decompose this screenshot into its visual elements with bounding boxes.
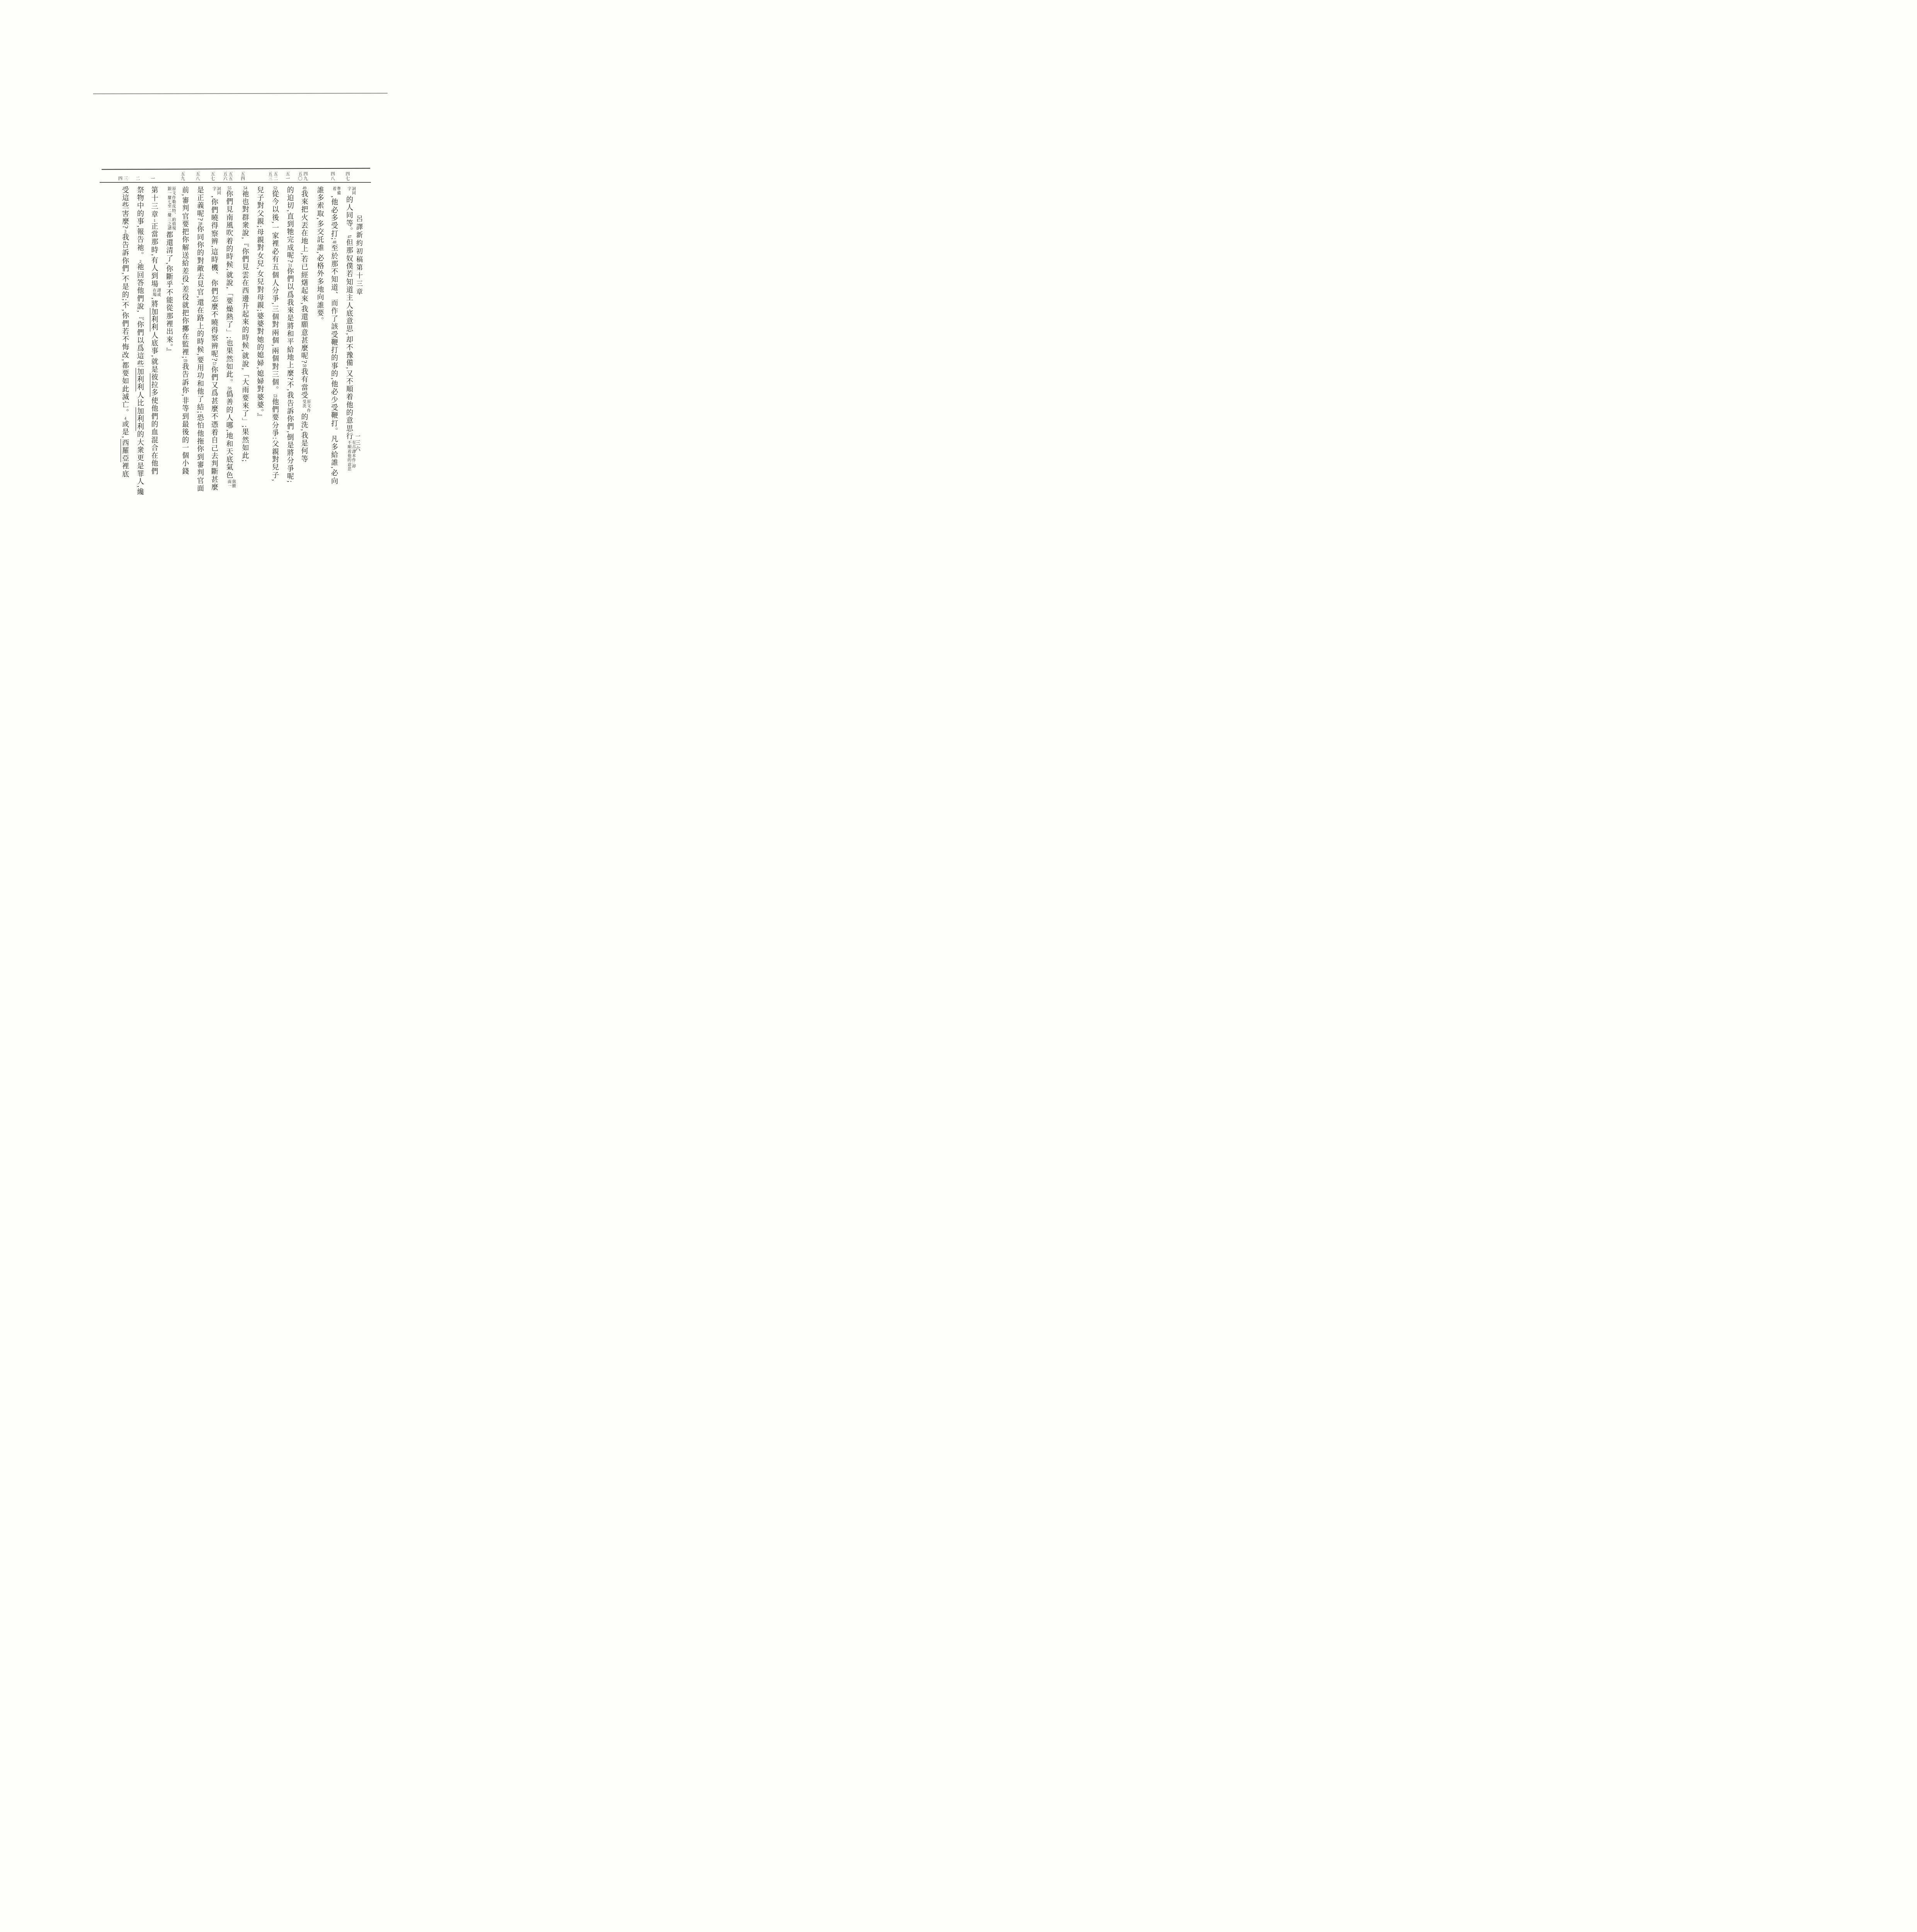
verse-text: 他們要分爭:父親對兒子,: [271, 398, 279, 482]
proper-name: 西羅亞: [121, 439, 129, 463]
margin-verse-number: 五〇: [298, 169, 303, 181]
verse-number: 49: [302, 186, 306, 190]
verse-text: 但那奴僕若知道主人底意思,却不豫備,又不順着他的意思行: [345, 239, 353, 440]
verse-text: 的人同等。: [345, 196, 353, 235]
text-column-11: 是正義呢?58你同你的對敵去見官,還在路上的時候,要用功和他了結;恐怕他拖你到審…: [191, 186, 206, 541]
verse-text: ,你們曉得察辨,這時機、你們怎麼不曉得察辨呢?: [211, 196, 218, 362]
margin-verse-number: 五九: [180, 169, 185, 181]
running-chapter: 第十三章: [355, 264, 362, 296]
verse-text: 我告訴你,非等到最後的一個小錢: [181, 363, 189, 475]
text-column-7: 兒子對父親;母親對女兒,女兒對母親;婆婆對她的媳婦,媳婦對婆婆。』: [250, 186, 265, 541]
verse-text: 都還清了,你斷乎不能從那裡出來。』: [165, 231, 173, 356]
text-block: 詞同字的人同等。47但那奴僕若知道主人底意思,却不豫備,又不順着他的意思行有古譯…: [116, 186, 356, 541]
margin-verse-number-char: 五: [223, 172, 228, 177]
inline-annotation: 原文作勒皮特、約值規銀一釐七至二釐三之譜: [166, 187, 175, 231]
verse-number: 1: [153, 219, 157, 223]
annotation-right-subcolumn: 有古譯本作:却: [351, 440, 356, 469]
verse-number: 57: [213, 362, 217, 366]
margin-verse-number: 五四: [240, 169, 245, 181]
verse-number: 51: [288, 264, 293, 267]
verse-text: 僞善的人哪,地和天底氣色: [226, 390, 233, 479]
annotation-right-subcolumn: 原文作: [306, 400, 311, 413]
annotation-left-subcolumn: 銀一釐七至二釐三之譜: [167, 187, 171, 231]
annotation-right-subcolumn: 與臉: [231, 480, 236, 488]
proper-name: 加利利: [136, 407, 144, 431]
margin-verse-number-char: 四: [304, 172, 308, 177]
text-column-9: 55你們見南風吹着的時候,就說,「要燥熱了」;也果然如此。56僞善的人哪,地和天…: [221, 186, 236, 541]
verse-number: 55: [228, 186, 232, 190]
verse-text: 你們又爲甚麼不憑着自己去判斷甚麼: [211, 366, 218, 492]
verse-text: 你們見南風吹着的時候,就說,「要燥熱了」;也果然如此。: [226, 190, 233, 386]
margin-verse-number-char: 一: [286, 177, 290, 181]
verse-number: 3: [123, 230, 128, 233]
verse-text: 祭物中的事,報告祂。: [136, 186, 144, 260]
verse-text: 人底事,就是: [151, 332, 158, 373]
margin-verse-number-char: 五: [241, 172, 245, 177]
rule-below-verse-numbers: [100, 182, 371, 183]
verse-number: 54: [243, 186, 247, 190]
verse-number: 53: [273, 394, 277, 398]
margin-verse-number: 五七: [210, 169, 215, 181]
verse-text: 正當那時,有人到場: [151, 223, 158, 288]
text-column-8: 54祂也對群衆說,『你們見雲在西邊升起來的時候,就說,「大雨要來了」;果然如此;: [236, 186, 251, 541]
verse-number: 50: [302, 364, 306, 368]
margin-verse-number-char: 二: [136, 177, 140, 181]
verse-number: 2: [138, 260, 143, 264]
text-column-3: 誰多索取,多交託誰,必格外多地向誰要。: [311, 186, 326, 541]
margin-verse-number-char: 九: [181, 177, 185, 181]
verse-text: 使他們的血混合在他們: [151, 397, 158, 475]
inline-annotation: 原文作受洗: [301, 400, 311, 413]
proper-name: 彼拉多: [150, 373, 158, 397]
margin-verse-number-char: 三: [124, 177, 128, 181]
verse-text: 我來把火丟在地上,若已經𤏸起來,我還願意甚麼呢?: [300, 190, 308, 364]
annotation-left-subcolumn: 字: [211, 187, 216, 191]
verse-number: 48: [332, 240, 337, 244]
verse-number: 4: [123, 417, 128, 420]
text-column-5: 的迫切,直到牠完成呢?51你們以爲我來是將和平給地上麼?不,我告訴你們,倒是將分…: [281, 186, 296, 541]
margin-verse-number: 二: [135, 169, 140, 181]
margin-verse-number-char: 五: [268, 172, 272, 177]
text-column-15: 祭物中的事,報告祂。2祂回答他們說,『你們以爲這些加利利人比加利利的大衆更是罪人…: [131, 186, 146, 541]
verse-number: 59: [183, 359, 187, 363]
proper-name: 加利利: [150, 308, 158, 332]
verse-number: 52: [273, 186, 277, 190]
verse-text: 受這些害麼?: [121, 186, 129, 230]
margin-verse-number-char: 八: [196, 177, 200, 181]
inline-annotation: 準備着: [331, 187, 340, 196]
verse-number: 47: [347, 235, 352, 239]
margin-verse-number: 五一: [285, 169, 290, 181]
verse-text: 你同你的對敵去見官,還在路上的時候,要用功和他了結;恐怕他拖你到審判官面: [196, 226, 204, 493]
proper-name: 加利利: [136, 368, 144, 391]
margin-verse-number-char: 五: [211, 172, 215, 177]
chapter-heading: 第十三章: [151, 186, 158, 219]
verse-text: 人比: [136, 391, 144, 407]
verse-text: 你們以爲我來是將和平給地上麼?不,我告訴你們,倒是將分爭呢;: [286, 267, 294, 483]
margin-verse-number: 五五: [228, 169, 233, 181]
inline-annotation: 有古譯本作:却不順着他的意思: [346, 440, 356, 471]
margin-verse-number-char: 一: [151, 177, 155, 181]
annotation-right-subcolumn: 譯或: [156, 288, 161, 297]
text-column-6: 52從今以後,一家裡必有五個人分爭,三個對兩個,兩個對三個。53他們要分爭:父親…: [265, 186, 281, 541]
text-column-2: 準備着,他必多受打;48至於那不知道、而作了該受鞭打的事的,他必少受鞭打。凡多給…: [325, 186, 340, 541]
margin-verse-number-char: 四: [118, 177, 122, 181]
annotation-right-subcolumn: 原文作勒皮特、約值規: [171, 187, 175, 231]
verse-text: 前,審判官要把你解送給差役,差役就把你擲在監裡;: [181, 186, 189, 359]
margin-verse-number-char: 五: [229, 177, 233, 181]
margin-verse-number-char: 五: [181, 172, 185, 177]
margin-verse-number-char: 四: [241, 177, 245, 181]
annotation-left-subcolumn: 受洗: [301, 400, 306, 408]
verse-text: ,將: [151, 298, 158, 308]
verse-text: 的迫切,直到牠完成呢?: [286, 186, 294, 264]
running-title: 呂譯新約初稿: [355, 215, 362, 264]
inline-annotation: 譯或在場: [151, 288, 161, 297]
verse-number: 56: [228, 386, 232, 390]
annotation-left-subcolumn: 不順着他的意思: [347, 440, 351, 471]
annotation-left-subcolumn: 在場: [151, 288, 156, 297]
text-column-14: 第十三章1正當那時,有人到場譯或在場,將加利利人底事,就是彼拉多使他們的血混合在…: [146, 186, 161, 541]
margin-verse-number-char: 六: [223, 177, 228, 181]
margin-verse-number-char: 〇: [298, 177, 303, 181]
margin-verse-number: 四七: [345, 169, 350, 181]
margin-verse-number-char: 五: [196, 172, 200, 177]
margin-verse-number-char: 四: [346, 172, 350, 177]
margin-verse-number: 五二: [273, 169, 278, 181]
margin-verse-number-char: 七: [211, 177, 215, 181]
text-column-12: 前,審判官要把你解送給差役,差役就把你擲在監裡;59我告訴你,非等到最後的一個小…: [175, 186, 191, 541]
verse-text: 從今以後,一家裡必有五個人分爭,三個對兩個,兩個對三個。: [271, 190, 279, 394]
annotation-right-subcolumn: 準備: [336, 187, 340, 196]
margin-verse-number-char: 八: [331, 177, 335, 181]
margin-verse-number: 五三: [268, 169, 273, 181]
inline-annotation: 與臉面一: [226, 480, 236, 488]
annotation-left-subcolumn: 面一: [226, 480, 231, 488]
verse-text: 祂也對群衆說,『你們見雲在西邊升起來的時候,就說,「大雨要來了」;果然如此;: [241, 190, 249, 463]
annotation-right-subcolumn: 詞同: [216, 187, 221, 196]
text-column-13: 原文作勒皮特、約值規銀一釐七至二釐三之譜都還清了,你斷乎不能從那裡出來。』: [161, 186, 176, 541]
verse-text: 祂回答他們說,『你們以爲這些: [136, 264, 144, 368]
verse-text: 裡底: [121, 462, 129, 478]
inline-annotation: 詞同字: [346, 187, 356, 196]
verse-text: 的洗,我是何等: [300, 413, 308, 463]
verse-text: 的大衆更是罪人,纔: [136, 431, 144, 496]
verse-text: 誰多索取,多交託誰,必格外多地向誰要。: [316, 186, 324, 325]
margin-verse-number: 一: [150, 169, 155, 181]
margin-verse-number-char: 五: [298, 172, 303, 177]
annotation-left-subcolumn: 着: [332, 187, 336, 191]
margin-verse-number-char: 三: [268, 177, 272, 181]
margin-verse-number: 五六: [223, 169, 228, 181]
margin-verse-number: 四九: [303, 169, 308, 181]
margin-verse-number-strip: 四七四八四九五〇五一五二五三五四五五五六五七五八五九一二三四: [0, 169, 479, 182]
margin-verse-number-char: 七: [346, 177, 350, 181]
text-column-10: 詞同字,你們曉得察辨,這時機、你們怎麼不曉得察辨呢?57你們又爲甚麼不憑着自己去…: [206, 186, 221, 541]
margin-verse-number-char: 九: [304, 177, 308, 181]
verse-text: 我告訴你們,不是的;不,你們若不悔改,都要如此滅亡。: [121, 233, 129, 417]
verse-text: 是正義呢?: [196, 186, 204, 222]
verse-text: 我有當受: [300, 368, 308, 399]
verse-text: 兒子對父親;母親對女兒,女兒對母親;婆婆對她的媳婦,媳婦對婆婆。』: [256, 186, 264, 421]
text-column-4: 49我來把火丟在地上,若已經𤏸起來,我還願意甚麼呢?50我有當受原文作受洗的洗,…: [296, 186, 311, 541]
margin-verse-number: 五八: [196, 169, 201, 181]
inline-annotation: 詞同字: [211, 187, 221, 196]
annotation-left-subcolumn: 字: [347, 187, 351, 191]
margin-verse-number-char: 五: [229, 172, 233, 177]
scanned-book-page: { "document": { "kind": "scanned vertica…: [0, 0, 479, 678]
verse-text: 至於那不知道、而作了該受鞭打的事的,他必少受鞭打。凡多給誰,必向: [330, 244, 338, 485]
page-top-edge-line: [93, 93, 388, 94]
verse-text: ,他必多受打;: [330, 196, 338, 241]
margin-verse-number-char: 五: [274, 172, 278, 177]
margin-verse-number: 四: [118, 169, 123, 181]
margin-verse-number-char: 二: [274, 177, 278, 181]
annotation-right-subcolumn: 詞同: [351, 187, 356, 196]
margin-verse-number-char: 五: [286, 172, 290, 177]
verse-text: 或是,: [121, 420, 129, 439]
verse-number: 58: [198, 222, 202, 226]
margin-verse-number-char: 四: [331, 172, 335, 177]
text-column-1: 詞同字的人同等。47但那奴僕若知道主人底意思,却不豫備,又不順着他的意思行有古譯…: [340, 186, 356, 541]
text-column-16: 受這些害麼?3我告訴你們,不是的;不,你們若不悔改,都要如此滅亡。4或是,西羅亞…: [116, 186, 131, 541]
margin-verse-number: 四八: [330, 169, 335, 181]
margin-verse-number: 三: [123, 169, 128, 181]
